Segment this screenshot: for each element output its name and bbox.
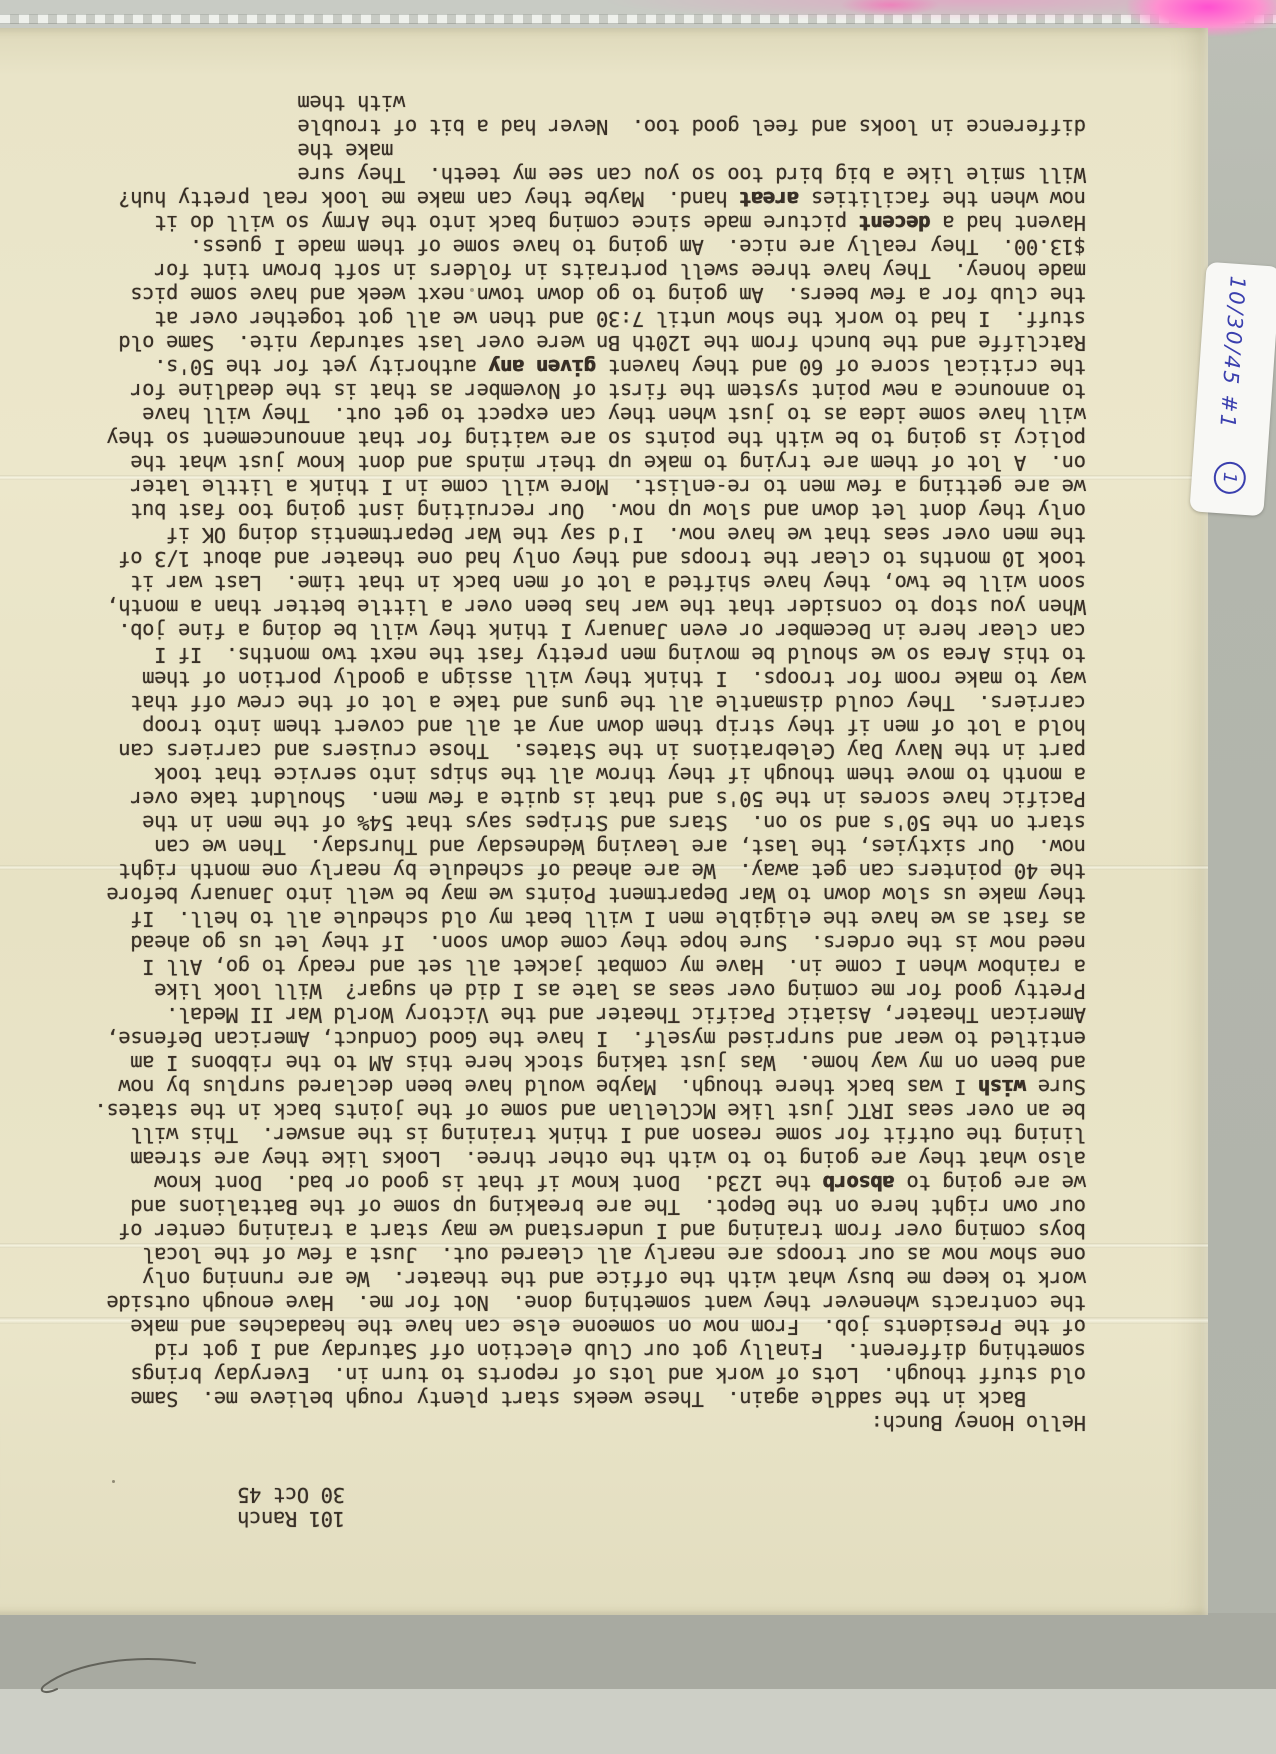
letter-line: a month to move them though if they thro… (95, 763, 1086, 787)
stray-hair (15, 1645, 215, 1705)
letter-body: Back in the saddle again. These weeks st… (95, 91, 1086, 1411)
letter-line: will have some idea as to just when they… (95, 403, 1086, 427)
letter-heading-date: 30 Oct 45 (238, 1483, 345, 1507)
letter-line: American Theater, Asiatic Pacific Theate… (95, 1003, 1086, 1027)
sticker-handwritten-date: 10/30/45 #1 (1215, 275, 1250, 430)
sticker-circled-number: 1 (1213, 461, 1247, 495)
letter-line: soon will be two, they have shifted a lo… (95, 571, 1086, 595)
letter-line: be an over seas IRTC just like McClellan… (95, 1099, 1086, 1123)
letter-line: the critical score of 60 and they havent… (95, 355, 1086, 379)
letter-line: and been on my way home. Was just taking… (95, 1051, 1086, 1075)
sleeve-stitch-row (0, 14, 1276, 24)
letter-line: Havent had a decent picture made since c… (95, 211, 1086, 235)
letter-line: hold a lot of men if they strip them dow… (95, 715, 1086, 739)
letter-line: as fast as we have the eligible men I wi… (95, 907, 1086, 931)
letter-line: the club for a few beers. Am going to go… (95, 283, 1086, 307)
letter-line: entitled to wear and surprised myself. I… (95, 1027, 1086, 1051)
letter-line: stuff. I had to work the show until 7:30… (95, 307, 1086, 331)
letter-line: now when the facilities areat hand. Mayb… (95, 187, 1086, 211)
letter-line: Sure wish I was back there though. Maybe… (95, 1075, 1086, 1099)
letter-line: the men over seas that we have now. I'd … (95, 523, 1086, 547)
letter-line: can clear here in December or even Janua… (95, 619, 1086, 643)
letter-line: Will smile like a big bird too so you ca… (95, 163, 1086, 187)
letter-line: difference in looks and feel good too. N… (95, 115, 1086, 139)
letter-line: old stuff though. Lots of work and lots … (95, 1363, 1086, 1387)
letter-line: we are going to absorb the 123d. Dont kn… (95, 1171, 1086, 1195)
letter-content-upside-down: 101 Ranch30 Oct 45 Hello Honey Bunch: Ba… (0, 28, 1208, 1615)
scanned-letter-page: 101 Ranch30 Oct 45 Hello Honey Bunch: Ba… (0, 0, 1276, 1754)
letter-line: carriers. They could dismantle all the g… (95, 691, 1086, 715)
letter-line: also what they are going to to with the … (95, 1147, 1086, 1171)
letter-line: with them (95, 91, 1086, 115)
letter-salutation: Hello Honey Bunch: (871, 1411, 1086, 1435)
letter-line: need now is the orders. Sure hope they c… (95, 931, 1086, 955)
letter-line: Ratcliffe and the bunch from the 120th B… (95, 331, 1086, 355)
letter-line: make the (95, 139, 1086, 163)
letter-line: something different. Finally got our Clu… (95, 1339, 1086, 1363)
letter-line: Pacific have scores in the 50's and that… (95, 787, 1086, 811)
letter-heading-place: 101 Ranch (238, 1507, 345, 1531)
letter-line: took 10 months to clear the troops and t… (95, 547, 1086, 571)
letter-line: work to keep me busy what with the offic… (95, 1267, 1086, 1291)
letter-line: way to make room for troops. I think the… (95, 667, 1086, 691)
letter-line: Pretty good for me coming over seas as l… (95, 979, 1086, 1003)
letter-line: the contracts whenever they want somethi… (95, 1291, 1086, 1315)
letter-line: part in the Navy Day Celebrations in the… (95, 739, 1086, 763)
letter-line: a rainbow when I come in. Have my combat… (95, 955, 1086, 979)
letter-line: lining the outfit for some reason and I … (95, 1123, 1086, 1147)
letter-line: to announce a new point system the first… (95, 379, 1086, 403)
letter-line: When you stop to consider that the war h… (95, 595, 1086, 619)
letter-line: of the Presidents job. From now on someo… (95, 1315, 1086, 1339)
letter-line: one show now as our troops are nearly al… (95, 1243, 1086, 1267)
letter-line: they make us slow down to War Department… (95, 883, 1086, 907)
letter-line: now. Our sixtyies, the last, are leaving… (95, 835, 1086, 859)
letter-line: boys coming over from training and I und… (95, 1219, 1086, 1243)
letter-line: made honey. They have three swell portra… (95, 259, 1086, 283)
letter-line: to this Area so we should be moving men … (95, 643, 1086, 667)
plastic-sleeve-edge (0, 0, 1276, 28)
letter-line: start on the 50's and so on. Stars and S… (95, 811, 1086, 835)
letter-heading: 101 Ranch30 Oct 45 (238, 1483, 345, 1531)
letter-line: $13.00. They really are nice. Am going t… (95, 235, 1086, 259)
letter-paper: 101 Ranch30 Oct 45 Hello Honey Bunch: Ba… (0, 28, 1208, 1615)
letter-line: we are getting a few men to re-enlist. M… (95, 475, 1086, 499)
letter-line: on. A lot of them are trying to make up … (95, 451, 1086, 475)
letter-line: the 40 pointers can get away. We are ahe… (95, 859, 1086, 883)
letter-line: policy is going to be with the points so… (95, 427, 1086, 451)
letter-line: our own right here on the Depot. The are… (95, 1195, 1086, 1219)
letter-line: only they dont let down and slow up now.… (95, 499, 1086, 523)
letter-line: Back in the saddle again. These weeks st… (95, 1387, 1086, 1411)
